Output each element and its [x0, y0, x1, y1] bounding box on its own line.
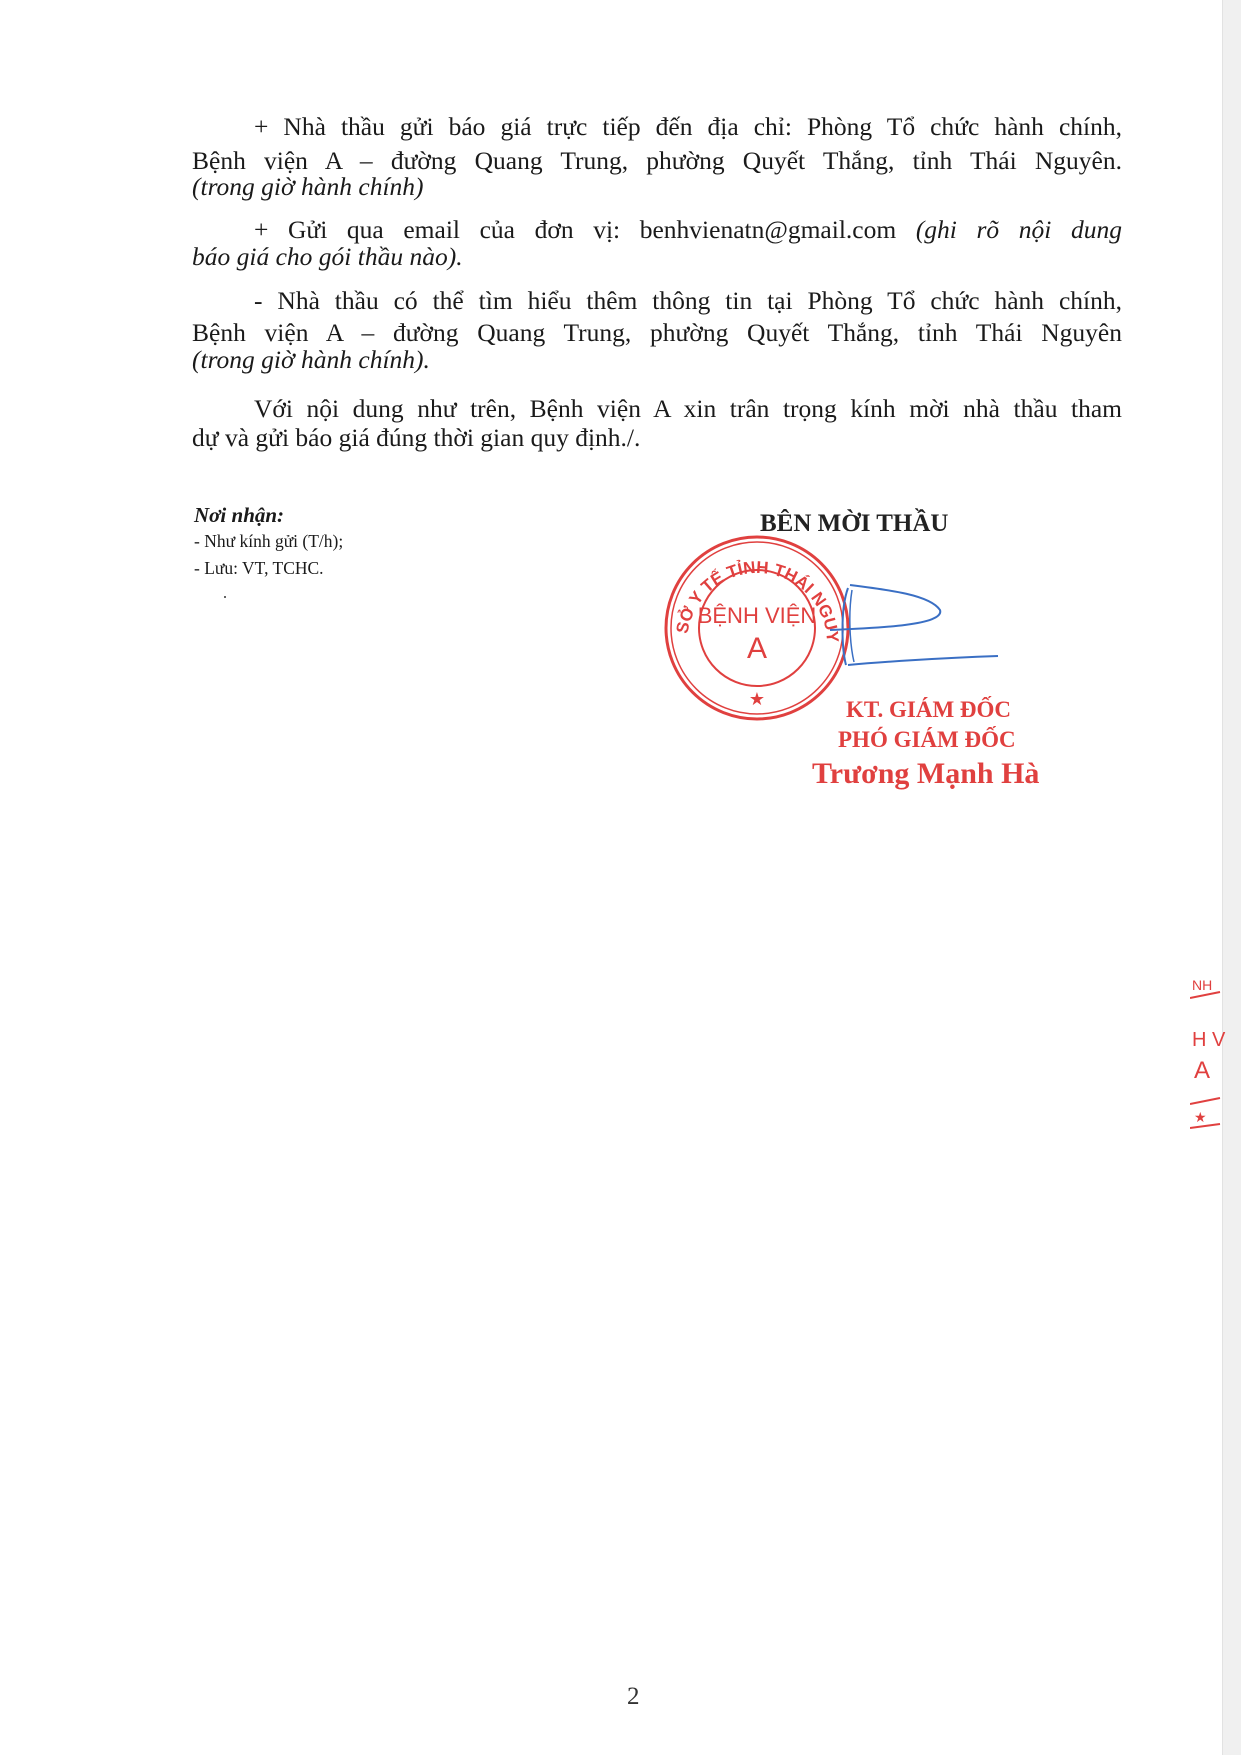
email-note: (ghi rõ nội dung — [916, 215, 1122, 244]
svg-text:★: ★ — [1194, 1111, 1207, 1126]
signature-role-1: KT. GIÁM ĐỐC — [846, 697, 1011, 723]
paragraph-more-info: - Nhà thầu có thể tìm hiểu thêm thông ti… — [192, 284, 1122, 317]
office-hours-note-2: (trong giờ hành chính). — [192, 345, 430, 375]
paragraph-send-direct: + Nhà thầu gửi báo giá trực tiếp đến địa… — [192, 110, 1122, 143]
email-text: + Gửi qua email của đơn vị: benhvienatn@… — [254, 215, 916, 244]
svg-text:★: ★ — [749, 689, 765, 709]
svg-text:A: A — [1194, 1057, 1210, 1084]
recipient-item: - Lưu: VT, TCHC. — [194, 558, 324, 579]
recipient-item: - Như kính gửi (T/h); — [194, 531, 343, 552]
text-line: Bệnh viện A – đường Quang Trung, phường … — [192, 318, 1122, 347]
closing-line2: dự và gửi báo giá đúng thời gian quy địn… — [192, 423, 640, 453]
page-number: 2 — [627, 1683, 640, 1711]
svg-text:H V: H V — [1192, 1029, 1226, 1051]
text-line: Bệnh viện A – đường Quang Trung, phường … — [192, 146, 1122, 175]
signature-icon — [820, 570, 1000, 680]
text-line: + Nhà thầu gửi báo giá trực tiếp đến địa… — [254, 112, 1122, 141]
text-line: Với nội dung như trên, Bệnh viện A xin t… — [254, 394, 1122, 423]
recipients-title: Nơi nhận: — [194, 503, 284, 528]
svg-text:BỆNH VIỆN: BỆNH VIỆN — [698, 603, 817, 628]
text-line: - Nhà thầu có thể tìm hiểu thêm thông ti… — [254, 286, 1122, 315]
email-note-cont: báo giá cho gói thầu nào). — [192, 242, 463, 272]
office-hours-note: (trong giờ hành chính) — [192, 172, 424, 202]
page-edge — [1222, 0, 1241, 1755]
svg-text:NH: NH — [1192, 977, 1212, 993]
svg-text:A: A — [747, 632, 767, 665]
signer-name: Trương Mạnh Hà — [812, 757, 1039, 791]
paragraph-closing: Với nội dung như trên, Bệnh viện A xin t… — [192, 392, 1122, 425]
seam-stamp-icon: NH H V A ★ — [1190, 970, 1230, 1170]
signature-role-2: PHÓ GIÁM ĐỐC — [838, 727, 1016, 753]
stray-dot — [224, 596, 226, 598]
